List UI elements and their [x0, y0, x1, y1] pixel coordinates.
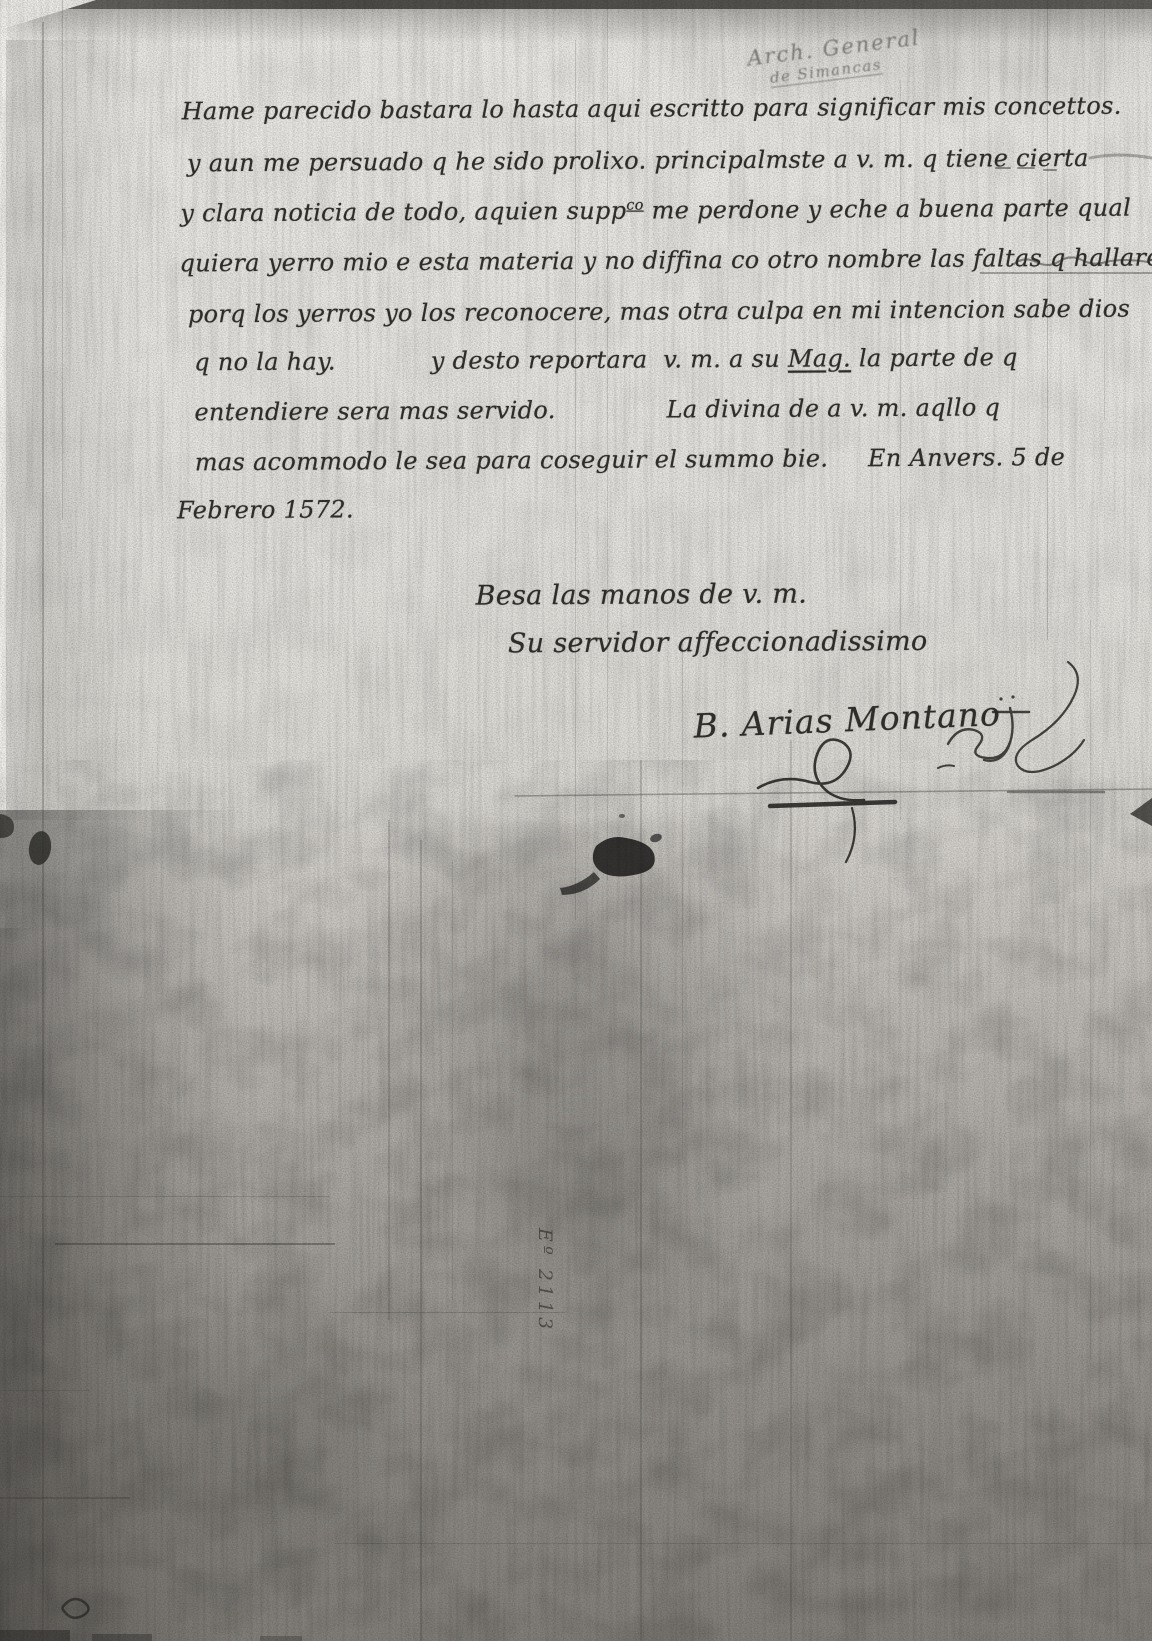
signature-name: B. Arias Montano: [693, 694, 1002, 746]
letter-line-8: mas acommodo le sea para coseguir el sum…: [195, 443, 1065, 476]
letter-line-2: y aun me persuado q he sido prolixo. pri…: [187, 144, 1089, 178]
underlined-word-majestad: Mag.: [788, 344, 851, 372]
letter-body: Hame parecido bastara lo hasta aqui escr…: [0, 0, 1152, 1641]
archival-shelfmark: Eº 2113: [534, 1228, 556, 1333]
closing-salutation: Besa las manos de v. m.: [476, 579, 808, 612]
closing-servant-line: Su servidor affeccionadissimo: [508, 626, 928, 660]
letter-line-3-text: y clara noticia de todo, aquien supp: [180, 197, 626, 228]
letter-line-7: entendiere sera mas servido. La divina d…: [194, 393, 1000, 426]
letter-line-6-text: la parte de q: [851, 343, 1018, 372]
letter-line-1: Hame parecido bastara lo hasta aqui escr…: [182, 92, 1122, 126]
letter-line-3: y clara noticia de todo, aquien suppco m…: [180, 194, 1131, 228]
scanned-letter-page: Arch. General de Simancas Hame parecido …: [0, 0, 1152, 1641]
letter-line-6: q no la hay. y desto reportara v. m. a s…: [194, 343, 1018, 376]
letter-date-line: Febrero 1572.: [177, 495, 354, 524]
letter-line-4: quiera yerro mio e esta materia y no dif…: [180, 243, 1152, 277]
letter-line-3-text: me perdone y eche a buena parte qual: [644, 194, 1132, 225]
letter-line-5: porq los yerros yo los reconocere, mas o…: [188, 295, 1130, 329]
letter-line-6-text: q no la hay. y desto reportara v. m. a s…: [194, 345, 788, 377]
superscript-abbreviation: co: [626, 198, 643, 214]
